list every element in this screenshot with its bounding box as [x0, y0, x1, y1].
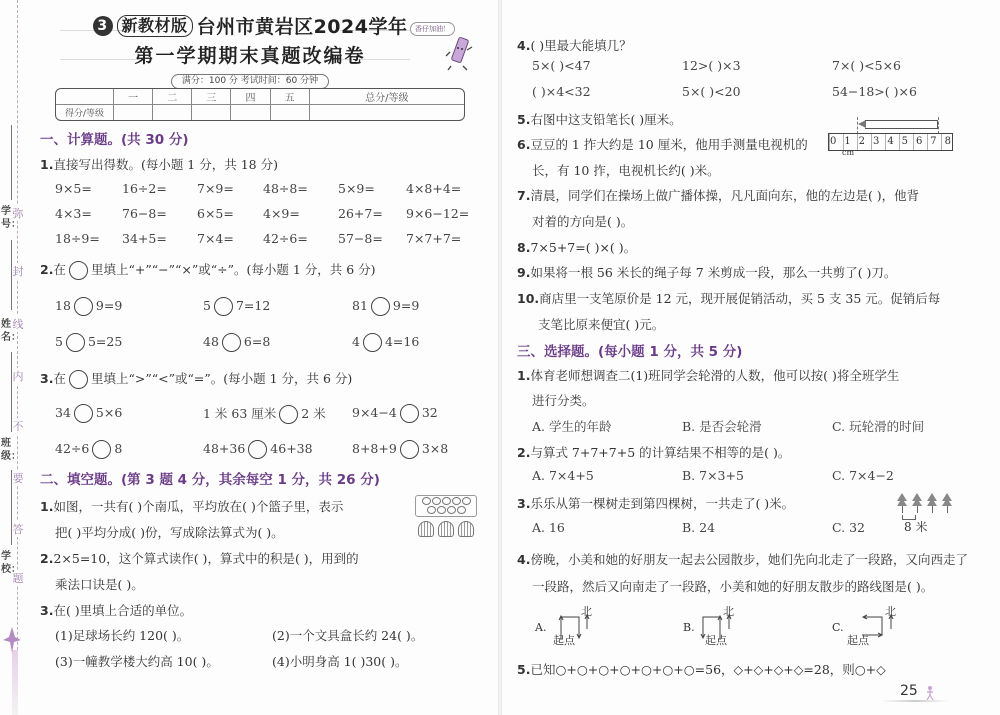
operand: 9=9: [96, 298, 122, 313]
field-line: [11, 240, 12, 310]
score-table: 一 二 三 四 五 总分/等级 得分/等级: [55, 88, 465, 121]
score-input-cell[interactable]: [153, 105, 192, 120]
question-text: 与算式 7+7+7+5 的计算结果不相等的是( )。: [530, 445, 790, 460]
score-input-cell[interactable]: [310, 105, 464, 120]
question-text: 豆豆的 1 拃大约是 10 厘米，他用手测量电视机的: [530, 137, 807, 152]
s1-question-1: 1.直接写出得数。(每小题 1 分，共 18 分): [40, 155, 278, 173]
seal-word: 不: [12, 418, 24, 434]
pumpkin-basket-figure: [415, 495, 477, 543]
option-b[interactable]: B. 24: [682, 520, 715, 535]
page-footer-line: [880, 700, 950, 702]
question-number: 3.: [40, 603, 53, 618]
ruler-tick-label: 5: [902, 136, 908, 147]
score-header-cell: [56, 89, 114, 105]
s2-question-5: 5.右图中这支铅笔长( )厘米。: [517, 110, 682, 128]
operand: 5: [55, 334, 63, 349]
score-row-label: 得分/等级: [56, 105, 114, 120]
basket-icon: [458, 521, 474, 537]
speech-bubble: 香仔加油！: [410, 22, 455, 36]
question-number: 1.: [40, 499, 53, 514]
distance-label: 8 米: [904, 518, 927, 535]
answer-circle[interactable]: [363, 333, 382, 352]
pencil-mascot-icon: [445, 36, 475, 72]
option-b[interactable]: B. 是否会轮滑: [682, 417, 762, 435]
runner-icon: [925, 685, 935, 701]
operand: 2 米: [301, 406, 325, 421]
calc-item: 4×3=: [55, 206, 92, 221]
answer-circle[interactable]: [400, 404, 419, 423]
unit-item: (4)小明身高 1( )30( )。: [272, 652, 408, 670]
operand: 32: [422, 405, 438, 420]
basket-icon: [438, 521, 454, 537]
pumpkin-box: [415, 495, 477, 517]
question-number: 5.: [517, 112, 530, 127]
question-text: 商店里一支笔原价是 12 元，现开展促销活动，买 5 支 35 元。促销后每: [539, 291, 940, 306]
question-text: ( )里最大能填几？: [530, 38, 631, 53]
s3-question-1-cont: 进行分类。: [532, 391, 595, 409]
question-text: 傍晚，小美和她的好朋友一起去公园散步，她们先向北走了一段路，又向西走了: [530, 552, 968, 567]
s2-question-7: 7.清晨，同学们在操场上做广播体操，凡凡面向东，他的左边是( )，他背: [517, 186, 919, 204]
score-header-cell: 总分/等级: [310, 89, 464, 105]
question-number: 8.: [517, 240, 530, 255]
score-header-cell: 三: [192, 89, 231, 105]
start-label: 起点: [705, 632, 727, 648]
option-c[interactable]: C. 玩轮滑的时间: [832, 417, 924, 435]
s2-question-6-cont: 长，有 10 拃，电视机长约( )米。: [532, 161, 720, 179]
field-line: [11, 352, 12, 432]
operand: 4=16: [385, 334, 419, 349]
route-diagram-icon: [832, 605, 912, 645]
class-label: 班级：: [1, 437, 11, 463]
question-text: 在: [53, 371, 66, 386]
max-fill-item: ( )×4<32: [532, 84, 591, 99]
question-number: 1.: [517, 368, 530, 383]
s2-question-2-cont: 乘法口诀是( )。: [55, 575, 144, 593]
ruler-numbers: 0 1 2 3 4 5 6 7 8: [828, 136, 953, 147]
question-number: 7.: [517, 188, 530, 203]
score-input-cell[interactable]: [192, 105, 231, 120]
option-c[interactable]: C. 32: [832, 520, 865, 535]
seal-word: 内: [12, 368, 24, 384]
question-number: 10.: [517, 291, 539, 306]
operand: 42÷6: [55, 441, 89, 456]
route-option-b[interactable]: B. 北 起点: [683, 605, 763, 645]
s2-question-9: 9.如果将一根 56 米长的绳子每 7 米剪成一段，那么一共剪了( )刀。: [517, 263, 896, 281]
section-2-title: 二、填空题。(第 3 题 4 分，其余每空 1 分，共 26 分): [40, 468, 380, 488]
operand: 46+38: [270, 441, 312, 456]
s2-question-4: 4.( )里最大能填几？: [517, 36, 632, 54]
start-label: 起点: [847, 632, 869, 648]
seal-word: 线: [12, 316, 24, 332]
operand: 9×4−4: [352, 405, 397, 420]
calc-item: 57−8=: [338, 231, 383, 246]
exam-title-line1: 3 新教材版 台州市黄岩区2024学年: [60, 12, 440, 39]
question-number: 4.: [517, 552, 530, 567]
operand: 48+36: [203, 441, 245, 456]
question-text: 里填上“>”“<”或“=”。(每小题 1 分，共 6 分): [91, 371, 352, 386]
max-fill-item: 54−18>( )×6: [832, 84, 917, 99]
max-fill-item: 5×( )<20: [682, 84, 741, 99]
operand: 5=25: [88, 334, 122, 349]
question-number: 2.: [40, 262, 53, 277]
start-label: 起点: [553, 632, 575, 648]
score-header-cell: 二: [153, 89, 192, 105]
route-diagram-icon: [535, 605, 615, 645]
ruler-tick-label: 3: [873, 136, 879, 147]
question-text: 2×5=10，这个算式读作( )，算式中的积是( )，用到的: [53, 551, 358, 566]
answer-circle[interactable]: [66, 333, 85, 352]
calc-item: 42÷6=: [263, 231, 308, 246]
calc-item: 16÷2=: [122, 181, 167, 196]
north-label: 北: [723, 603, 734, 619]
circle-icon: [69, 261, 88, 280]
calc-item: 7×4=: [197, 231, 234, 246]
s3-question-4: 4.傍晚，小美和她的好朋友一起去公园散步，她们先向北走了一段路，又向西走了: [517, 550, 968, 568]
seal-dashed-line: [17, 0, 18, 715]
answer-circle[interactable]: [222, 333, 241, 352]
s1-question-3: 3.在里填上“>”“<”或“=”。(每小题 1 分，共 6 分): [40, 369, 352, 389]
calc-item: 9×5=: [55, 181, 92, 196]
s2-question-10: 10.商店里一支笔原价是 12 元，现开展促销活动，买 5 支 35 元。促销后…: [517, 289, 940, 307]
calc-item: 9×6−12=: [406, 206, 469, 221]
ruler-tick-label: 4: [887, 136, 893, 147]
exam-title-text: 台州市黄岩区2024学年: [197, 12, 408, 39]
max-fill-item: 7×( )<5×6: [832, 58, 901, 73]
s2-question-1: 1.如图，一共有( )个南瓜，平均放在( )个篮子里，表示: [40, 497, 343, 515]
score-input-cell[interactable]: [231, 105, 270, 120]
calc-item: 34+5=: [122, 231, 167, 246]
answer-circle[interactable]: [400, 440, 419, 459]
s3-question-2: 2.与算式 7+7+7+5 的计算结果不相等的是( )。: [517, 443, 790, 461]
question-number: 2.: [40, 551, 53, 566]
s3-question-1: 1.体育老师想调查二(1)班同学会轮滑的人数，他可以按( )将全班学生: [517, 366, 899, 384]
calc-item: 26+7=: [338, 206, 383, 221]
ruler-pencil-figure: 0 1 2 3 4 5 6 7 8 cm: [828, 117, 956, 159]
question-number: 3.: [517, 496, 530, 511]
operand: 81: [352, 298, 368, 313]
school-label: 学校：: [1, 550, 11, 576]
circle-icon: [69, 370, 88, 389]
calc-item: 4×9=: [263, 206, 300, 221]
seal-word: 封: [12, 263, 24, 279]
s2-question-8: 8.7×5+7=( )×( )。: [517, 238, 636, 256]
tree-icon: [927, 493, 938, 515]
s2-question-7-cont: 对着的方向是( )。: [532, 212, 633, 230]
question-number: 5.: [517, 662, 530, 677]
section-3-title: 三、选择题。(每小题 1 分，共 5 分): [517, 340, 742, 360]
option-a[interactable]: A. 16: [532, 520, 565, 535]
option-b[interactable]: B. 7×3+5: [682, 468, 744, 483]
pumpkin-icon: [457, 506, 466, 514]
pumpkin-icon: [447, 506, 456, 514]
pumpkin-icon: [427, 506, 436, 514]
answer-circle[interactable]: [74, 297, 93, 316]
operand: 34: [55, 405, 71, 420]
ruler-tick-label: 6: [916, 136, 922, 147]
option-a[interactable]: A. 7×4+5: [532, 468, 594, 483]
calc-item: 7×9=: [197, 181, 234, 196]
score-input-cell[interactable]: [114, 105, 153, 120]
question-number: 3.: [40, 371, 53, 386]
answer-circle[interactable]: [279, 405, 298, 424]
operand: 8: [114, 441, 122, 456]
question-text: 在: [53, 262, 66, 277]
pumpkin-icon: [452, 497, 461, 505]
route-option-a[interactable]: A. 北 起点: [535, 605, 615, 645]
max-fill-item: 12>( )×3: [682, 58, 741, 73]
name-label: 姓名：: [1, 318, 11, 344]
operand: 48: [203, 334, 219, 349]
question-text: 里填上“+”“−”“×”或“÷”。(每小题 1 分，共 6 分): [91, 262, 376, 277]
s1-question-2: 2.在里填上“+”“−”“×”或“÷”。(每小题 1 分，共 6 分): [40, 260, 376, 280]
question-text: 7×5+7=( )×( )。: [530, 240, 636, 255]
exam-meta: 满分：100 分 考试时间：60 分钟: [171, 74, 329, 89]
fairy-icon: [2, 625, 22, 655]
guide-line: [938, 117, 939, 134]
s2-question-1-cont: 把( )平均分成( )份，写成除法算式为( )。: [55, 523, 284, 541]
decorative-strip: [12, 650, 18, 715]
exam-number-badge: 3: [93, 16, 113, 36]
operand: 6=8: [244, 334, 270, 349]
pencil-icon: [865, 120, 938, 129]
north-label: 北: [581, 603, 592, 619]
tree-icon: [912, 493, 923, 515]
calc-item: 76−8=: [122, 206, 167, 221]
section-1-title: 一、计算题。(共 30 分): [40, 128, 189, 148]
s3-question-5: 5.已知○+○+○+○+○+○+○=56，◇+◇+◇+◇=28，则○+◇: [517, 660, 886, 678]
score-input-cell[interactable]: [271, 105, 310, 120]
seal-word: 要: [12, 470, 24, 486]
trees-figure: 8 米: [897, 493, 957, 533]
answer-circle[interactable]: [214, 297, 233, 316]
question-number: 6.: [517, 137, 530, 152]
question-text: 如果将一根 56 米长的绳子每 7 米剪成一段，那么一共剪了( )刀。: [530, 265, 896, 280]
calc-item: 4×8+4=: [406, 181, 461, 196]
s3-question-4-cont: 一段路，然后又向南走了一段路，小美和她的好朋友散步的路线图是( )。: [532, 577, 933, 595]
exam-header: 3 新教材版 台州市黄岩区2024学年 第一学期期末真题改编卷 满分：100 分…: [60, 12, 440, 89]
new-edition-badge: 新教材版: [117, 15, 193, 37]
operand: 7=12: [236, 298, 270, 313]
ruler-tick-label: 2: [859, 136, 865, 147]
student-id-label: 学号：: [1, 205, 11, 231]
calc-item: 5×9=: [338, 181, 375, 196]
operand: 8+8+9: [352, 441, 397, 456]
pumpkin-icon: [462, 497, 471, 505]
operand: 5×6: [96, 405, 122, 420]
field-line: [11, 470, 12, 545]
question-number: 2.: [517, 445, 530, 460]
operand: 9=9: [393, 298, 419, 313]
basket-icon: [418, 521, 434, 537]
s2-question-6: 6.豆豆的 1 拃大约是 10 厘米，他用手测量电视机的: [517, 135, 808, 153]
calc-item: 6×5=: [197, 206, 234, 221]
pumpkin-icon: [437, 506, 446, 514]
unit-item: (1)足球场长约 120( )。: [55, 626, 189, 644]
question-number: 9.: [517, 265, 530, 280]
operand: 4: [352, 334, 360, 349]
s2-question-10-cont: 支笔比原来便宜( )元。: [538, 315, 664, 333]
pumpkin-icon: [432, 497, 441, 505]
score-header-cell: 四: [231, 89, 270, 105]
page-number: 25: [900, 683, 918, 699]
option-c[interactable]: C. 7×4−2: [832, 468, 894, 483]
calc-item: 48÷8=: [263, 181, 308, 196]
question-number: 1.: [40, 157, 53, 172]
pumpkin-icon: [422, 497, 431, 505]
north-label: 北: [885, 603, 896, 619]
question-text: 右图中这支铅笔长( )厘米。: [530, 112, 681, 127]
left-page: 弥 封 线 内 不 要 答 题 学号： 姓名： 班级： 学校： 3 新教材版 台…: [0, 0, 498, 715]
unit-item: (2)一个文具盒长约 24( )。: [272, 626, 423, 644]
answer-circle[interactable]: [371, 297, 390, 316]
answer-circle[interactable]: [92, 440, 111, 459]
answer-circle[interactable]: [248, 440, 267, 459]
pumpkin-icon: [442, 497, 451, 505]
calc-item: 18÷9=: [55, 231, 100, 246]
tree-icon: [942, 493, 953, 515]
route-option-c[interactable]: C. 北 起点: [832, 605, 912, 645]
question-number: 4.: [517, 38, 530, 53]
ruler-tick-label: 1: [844, 136, 850, 147]
question-text: 清晨，同学们在操场上做广播体操，凡凡面向东，他的左边是( )，他背: [530, 188, 919, 203]
calc-item: 7×7+7=: [406, 231, 461, 246]
ruler-unit: cm: [842, 148, 854, 157]
s2-question-2: 2.2×5=10，这个算式读作( )，算式中的积是( )，用到的: [40, 549, 359, 567]
s3-question-3: 3.乐乐从第一棵树走到第四棵树，一共走了( )米。: [517, 494, 794, 512]
operand: 3×8: [422, 441, 448, 456]
tree-icon: [897, 493, 908, 515]
question-text: 已知○+○+○+○+○+○+○=56，◇+◇+◇+◇=28，则○+◇: [530, 662, 885, 677]
pencil-mascot: 香仔加油！: [410, 22, 480, 72]
operand: 18: [55, 298, 71, 313]
max-fill-item: 5×( )<47: [532, 58, 591, 73]
score-header-cell: 五: [271, 89, 310, 105]
question-text: 乐乐从第一棵树走到第四棵树，一共走了( )米。: [530, 496, 794, 511]
answer-circle[interactable]: [74, 404, 93, 423]
ruler-tick-label: 8: [945, 136, 951, 147]
question-text: 体育老师想调查二(1)班同学会轮滑的人数，他可以按( )将全班学生: [530, 368, 899, 383]
exam-title-line2: 第一学期期末真题改编卷: [60, 41, 440, 68]
score-header-cell: 一: [114, 89, 153, 105]
operand: 1 米 63 厘米: [203, 406, 276, 421]
question-text: 直接写出得数。(每小题 1 分，共 18 分): [53, 157, 278, 172]
ruler-tick-label: 7: [930, 136, 936, 147]
field-line: [11, 125, 12, 200]
operand: 5: [203, 298, 211, 313]
s2-question-3: 3.在( )里填上合适的单位。: [40, 601, 192, 619]
question-text: 在( )里填上合适的单位。: [53, 603, 192, 618]
question-text: 如图，一共有( )个南瓜，平均放在( )个篮子里，表示: [53, 499, 343, 514]
ruler-tick-label: 0: [830, 136, 836, 147]
seal-word: 答: [12, 521, 24, 537]
unit-item: (3)一幢教学楼大约高 10( )。: [55, 652, 219, 670]
option-a[interactable]: A. 学生的年龄: [532, 417, 611, 435]
